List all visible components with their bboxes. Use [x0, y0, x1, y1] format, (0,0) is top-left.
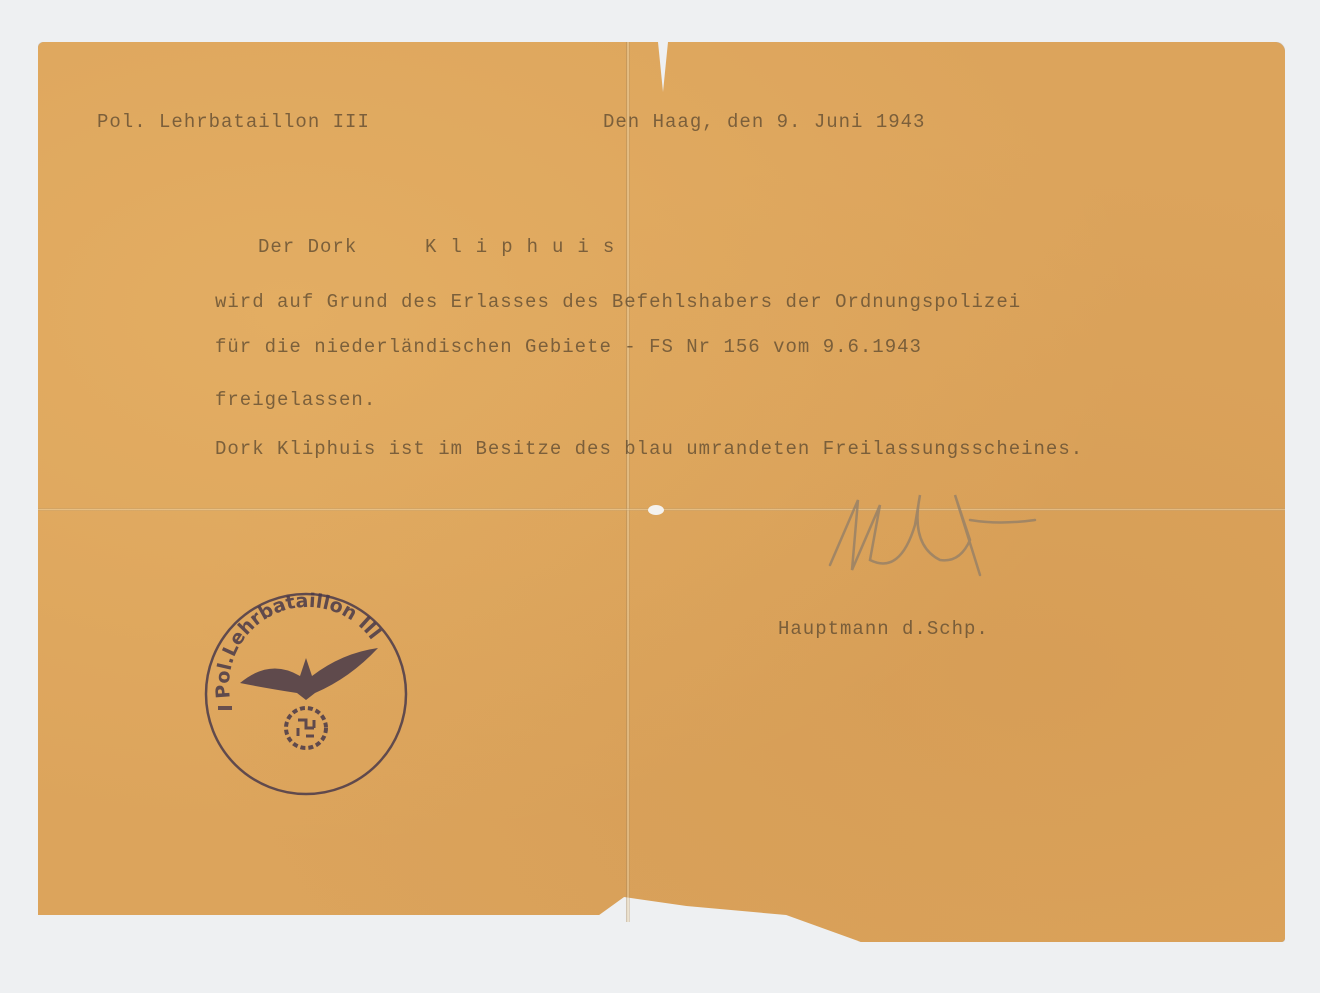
- header-place-date: Den Haag, den 9. Juni 1943: [603, 111, 925, 133]
- header-unit: Pol. Lehrbataillon III: [97, 111, 370, 133]
- body-line-3: freigelassen.: [215, 389, 376, 411]
- body-line-2: für die niederländischen Gebiete - FS Nr…: [215, 336, 922, 358]
- eagle-emblem-icon: [240, 648, 378, 748]
- document-paper: [38, 42, 1285, 942]
- body-line-4: Dork Kliphuis ist im Besitze des blau um…: [215, 438, 1083, 460]
- signature-title: Hauptmann d.Schp.: [778, 618, 989, 640]
- body-line-1: wird auf Grund des Erlasses des Befehlsh…: [215, 291, 1021, 313]
- top-tear: [658, 42, 668, 92]
- salutation-name: Kliphuis: [425, 236, 628, 258]
- salutation-prefix: Der Dork: [258, 236, 357, 258]
- official-stamp: Pol.Lehrbataillon III: [200, 588, 412, 800]
- signature-scribble: [820, 485, 1040, 585]
- fold-hole: [648, 505, 664, 515]
- vertical-fold-line: [626, 42, 630, 922]
